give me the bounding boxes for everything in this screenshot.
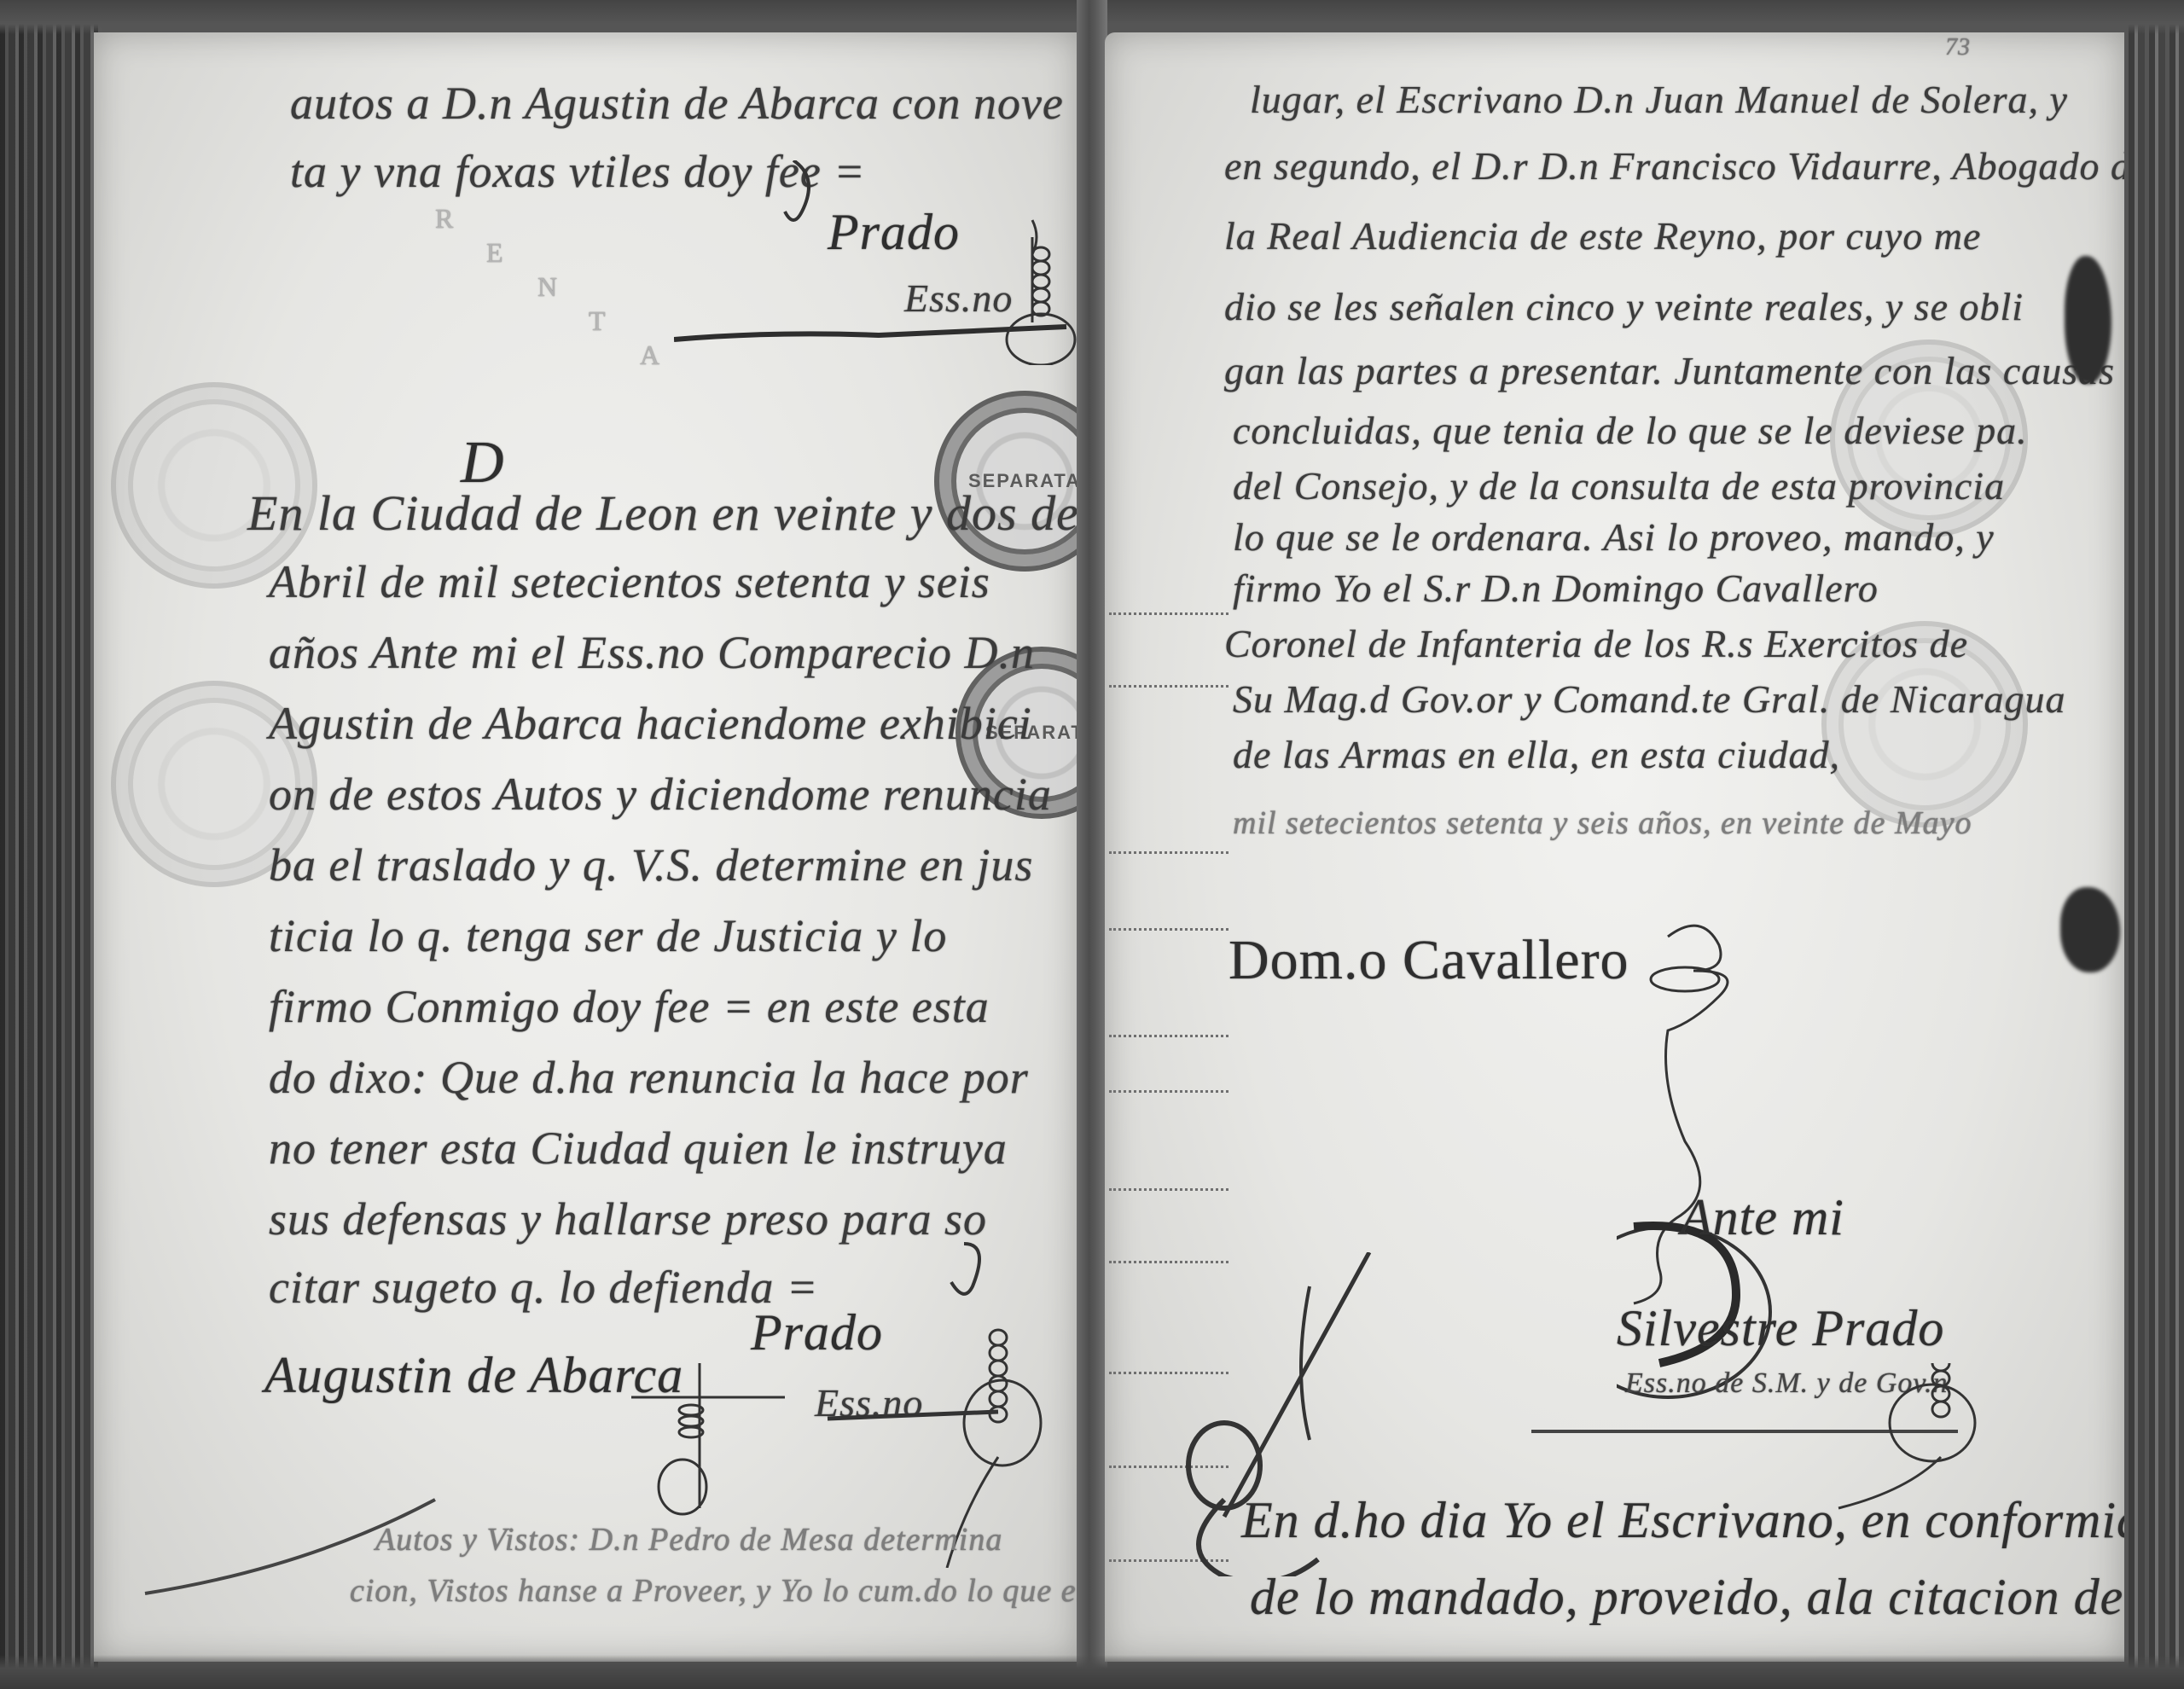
- text-line: do dixo: Que d.ha renuncia la hace por: [269, 1051, 1029, 1104]
- text-line: lo que se le ordenara. Asi lo proveo, ma…: [1233, 514, 1995, 560]
- text-line: firmo Conmigo doy fee = en este esta: [269, 980, 990, 1033]
- bleed-through-text: N: [537, 271, 560, 303]
- signature-rubric-icon: [572, 1227, 1049, 1568]
- bleed-through-text: R: [435, 203, 456, 235]
- text-line: autos a D.n Agustin de Abarca con nove: [290, 77, 1064, 130]
- bleed-through-text: A: [640, 340, 662, 371]
- text-line: lugar, el Escrivano D.n Juan Manuel de S…: [1250, 77, 2068, 122]
- ink-stain: [2060, 887, 2120, 972]
- left-page: R E N T A autos a D.n Agustin de Abarca …: [94, 32, 1079, 1662]
- signature-prado: Silvestre Prado: [1617, 1299, 1944, 1358]
- text-line: gan las partes a presentar. Juntamente c…: [1224, 348, 2115, 393]
- right-page: 73 lugar, el Escrivano D.n Juan Manuel d…: [1105, 32, 2124, 1662]
- ledger-row: [1109, 685, 1228, 689]
- text-line: cion, Vistos hanse a Proveer, y Yo lo cu…: [350, 1572, 1079, 1610]
- text-line: Autos y Vistos: D.n Pedro de Mesa determ…: [375, 1521, 1002, 1558]
- text-line: concluidas, que tenia de lo que se le de…: [1233, 408, 2028, 453]
- bottom-edge-shadow: [0, 1655, 2184, 1689]
- ledger-row: [1109, 1035, 1228, 1039]
- text-line: Abril de mil setecientos setenta y seis: [269, 555, 990, 608]
- text-line: mil setecientos setenta y seis años, en …: [1233, 804, 1972, 842]
- ledger-row: [1109, 1090, 1228, 1094]
- text-line: on de estos Autos y diciendome renuncia: [269, 768, 1052, 821]
- seal-stamp-icon: SEPARATA: [934, 391, 1079, 572]
- text-line: de lo mandado, proveido, ala citacion de…: [1250, 1568, 2124, 1627]
- text-line: En la Ciudad de Leon en veinte y dos de: [247, 485, 1079, 542]
- book-gutter: [1077, 0, 1107, 1689]
- text-line: no tener esta Ciudad quien le instruya: [269, 1122, 1008, 1175]
- text-line: ticia lo q. tenga ser de Justicia y lo: [269, 909, 947, 962]
- text-line: Agustin de Abarca haciendome exhibici: [269, 697, 1032, 750]
- ledger-row: [1109, 612, 1228, 617]
- text-line: ba el traslado y q. V.S. determine en ju…: [269, 839, 1033, 891]
- bleed-through-text: E: [486, 237, 506, 269]
- ledger-row: [1109, 1188, 1228, 1193]
- text-line: del Consejo, y de la consulta de esta pr…: [1233, 463, 2005, 508]
- signature-cavallero: Dom.o Cavallero: [1228, 928, 1629, 993]
- ledger-row: [1109, 851, 1228, 856]
- text-line: la Real Audiencia de este Reyno, por cuy…: [1224, 213, 1981, 258]
- book-binding-left: [0, 0, 98, 1689]
- signature-prefix: Ante mi: [1681, 1188, 1844, 1247]
- folio-number: 73: [1945, 34, 1971, 61]
- text-line: firmo Yo el S.r D.n Domingo Cavallero: [1233, 566, 1879, 611]
- text-line: de las Armas en ella, en esta ciudad,: [1233, 732, 1840, 777]
- signature-rubric-icon: [674, 160, 1079, 365]
- ledger-row: [1109, 928, 1228, 932]
- text-line: dio se les señalen cinco y veinte reales…: [1224, 284, 2024, 329]
- bleed-through-text: T: [589, 305, 608, 337]
- text-line: En d.ho dia Yo el Escrivano, en conformi…: [1241, 1491, 2124, 1550]
- text-line: años Ante mi el Ess.no Comparecio D.n: [269, 626, 1035, 679]
- text-line: Coronel de Infanteria de los R.s Exercit…: [1224, 621, 1968, 666]
- text-line: en segundo, el D.r D.n Francisco Vidaurr…: [1224, 143, 2124, 189]
- text-line: Su Mag.d Gov.or y Comand.te Gral. de Nic…: [1233, 676, 2066, 722]
- book-binding-right: [2124, 0, 2184, 1689]
